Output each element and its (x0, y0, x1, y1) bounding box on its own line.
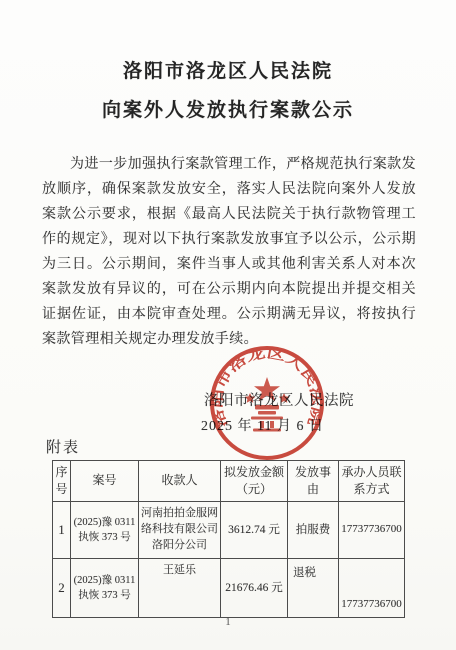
col-header-reason: 发放事由 (288, 461, 339, 502)
col-header-seq: 序号 (53, 461, 71, 502)
cell-amount: 3612.74 元 (221, 502, 288, 559)
col-header-case-no: 案号 (71, 461, 139, 502)
cell-contact: 17737736700 (339, 559, 405, 618)
table-header-row: 序号 案号 收款人 拟发放金额（元） 发放事由 承办人员联系方式 (53, 461, 405, 502)
attachment-table-label: 附表 (46, 436, 80, 457)
cell-contact: 17737736700 (339, 502, 405, 559)
col-header-amount: 拟发放金额（元） (221, 461, 288, 502)
cell-amount: 21676.46 元 (221, 559, 288, 618)
page-number: 1 (0, 616, 456, 628)
cell-case-no: (2025)豫 0311 执恢 373 号 (71, 502, 139, 559)
notice-title: 向案外人发放执行案款公示 (0, 95, 456, 122)
table-row: 2 (2025)豫 0311 执恢 373 号 王延乐 21676.46 元 退… (53, 559, 405, 618)
cell-case-no: (2025)豫 0311 执恢 373 号 (71, 559, 139, 618)
payout-table: 序号 案号 收款人 拟发放金额（元） 发放事由 承办人员联系方式 1 (2025… (52, 460, 405, 618)
cell-reason: 拍服费 (288, 502, 339, 559)
col-header-payee: 收款人 (139, 461, 221, 502)
cell-reason: 退税 (288, 559, 339, 618)
signature-court-name: 洛阳市洛龙区人民法院 (204, 389, 354, 410)
table-row: 1 (2025)豫 0311 执恢 373 号 河南拍拍金服网络科技有限公司洛阳… (53, 502, 405, 559)
cell-payee: 王延乐 (139, 559, 221, 618)
signature-date: 2025 年 11 月 6 日 (201, 415, 324, 435)
notice-body-paragraph: 为进一步加强执行案款管理工作，严格规范执行案款发放顺序，确保案款发放安全，落实人… (42, 152, 416, 352)
scanned-notice-page: 洛阳市洛龙区人民法院 向案外人发放执行案款公示 为进一步加强执行案款管理工作，严… (0, 0, 456, 650)
col-header-contact: 承办人员联系方式 (339, 461, 405, 502)
cell-seq: 2 (53, 559, 71, 618)
cell-payee: 河南拍拍金服网络科技有限公司洛阳分公司 (139, 502, 221, 559)
court-name-title: 洛阳市洛龙区人民法院 (0, 56, 456, 83)
cell-seq: 1 (53, 502, 71, 559)
